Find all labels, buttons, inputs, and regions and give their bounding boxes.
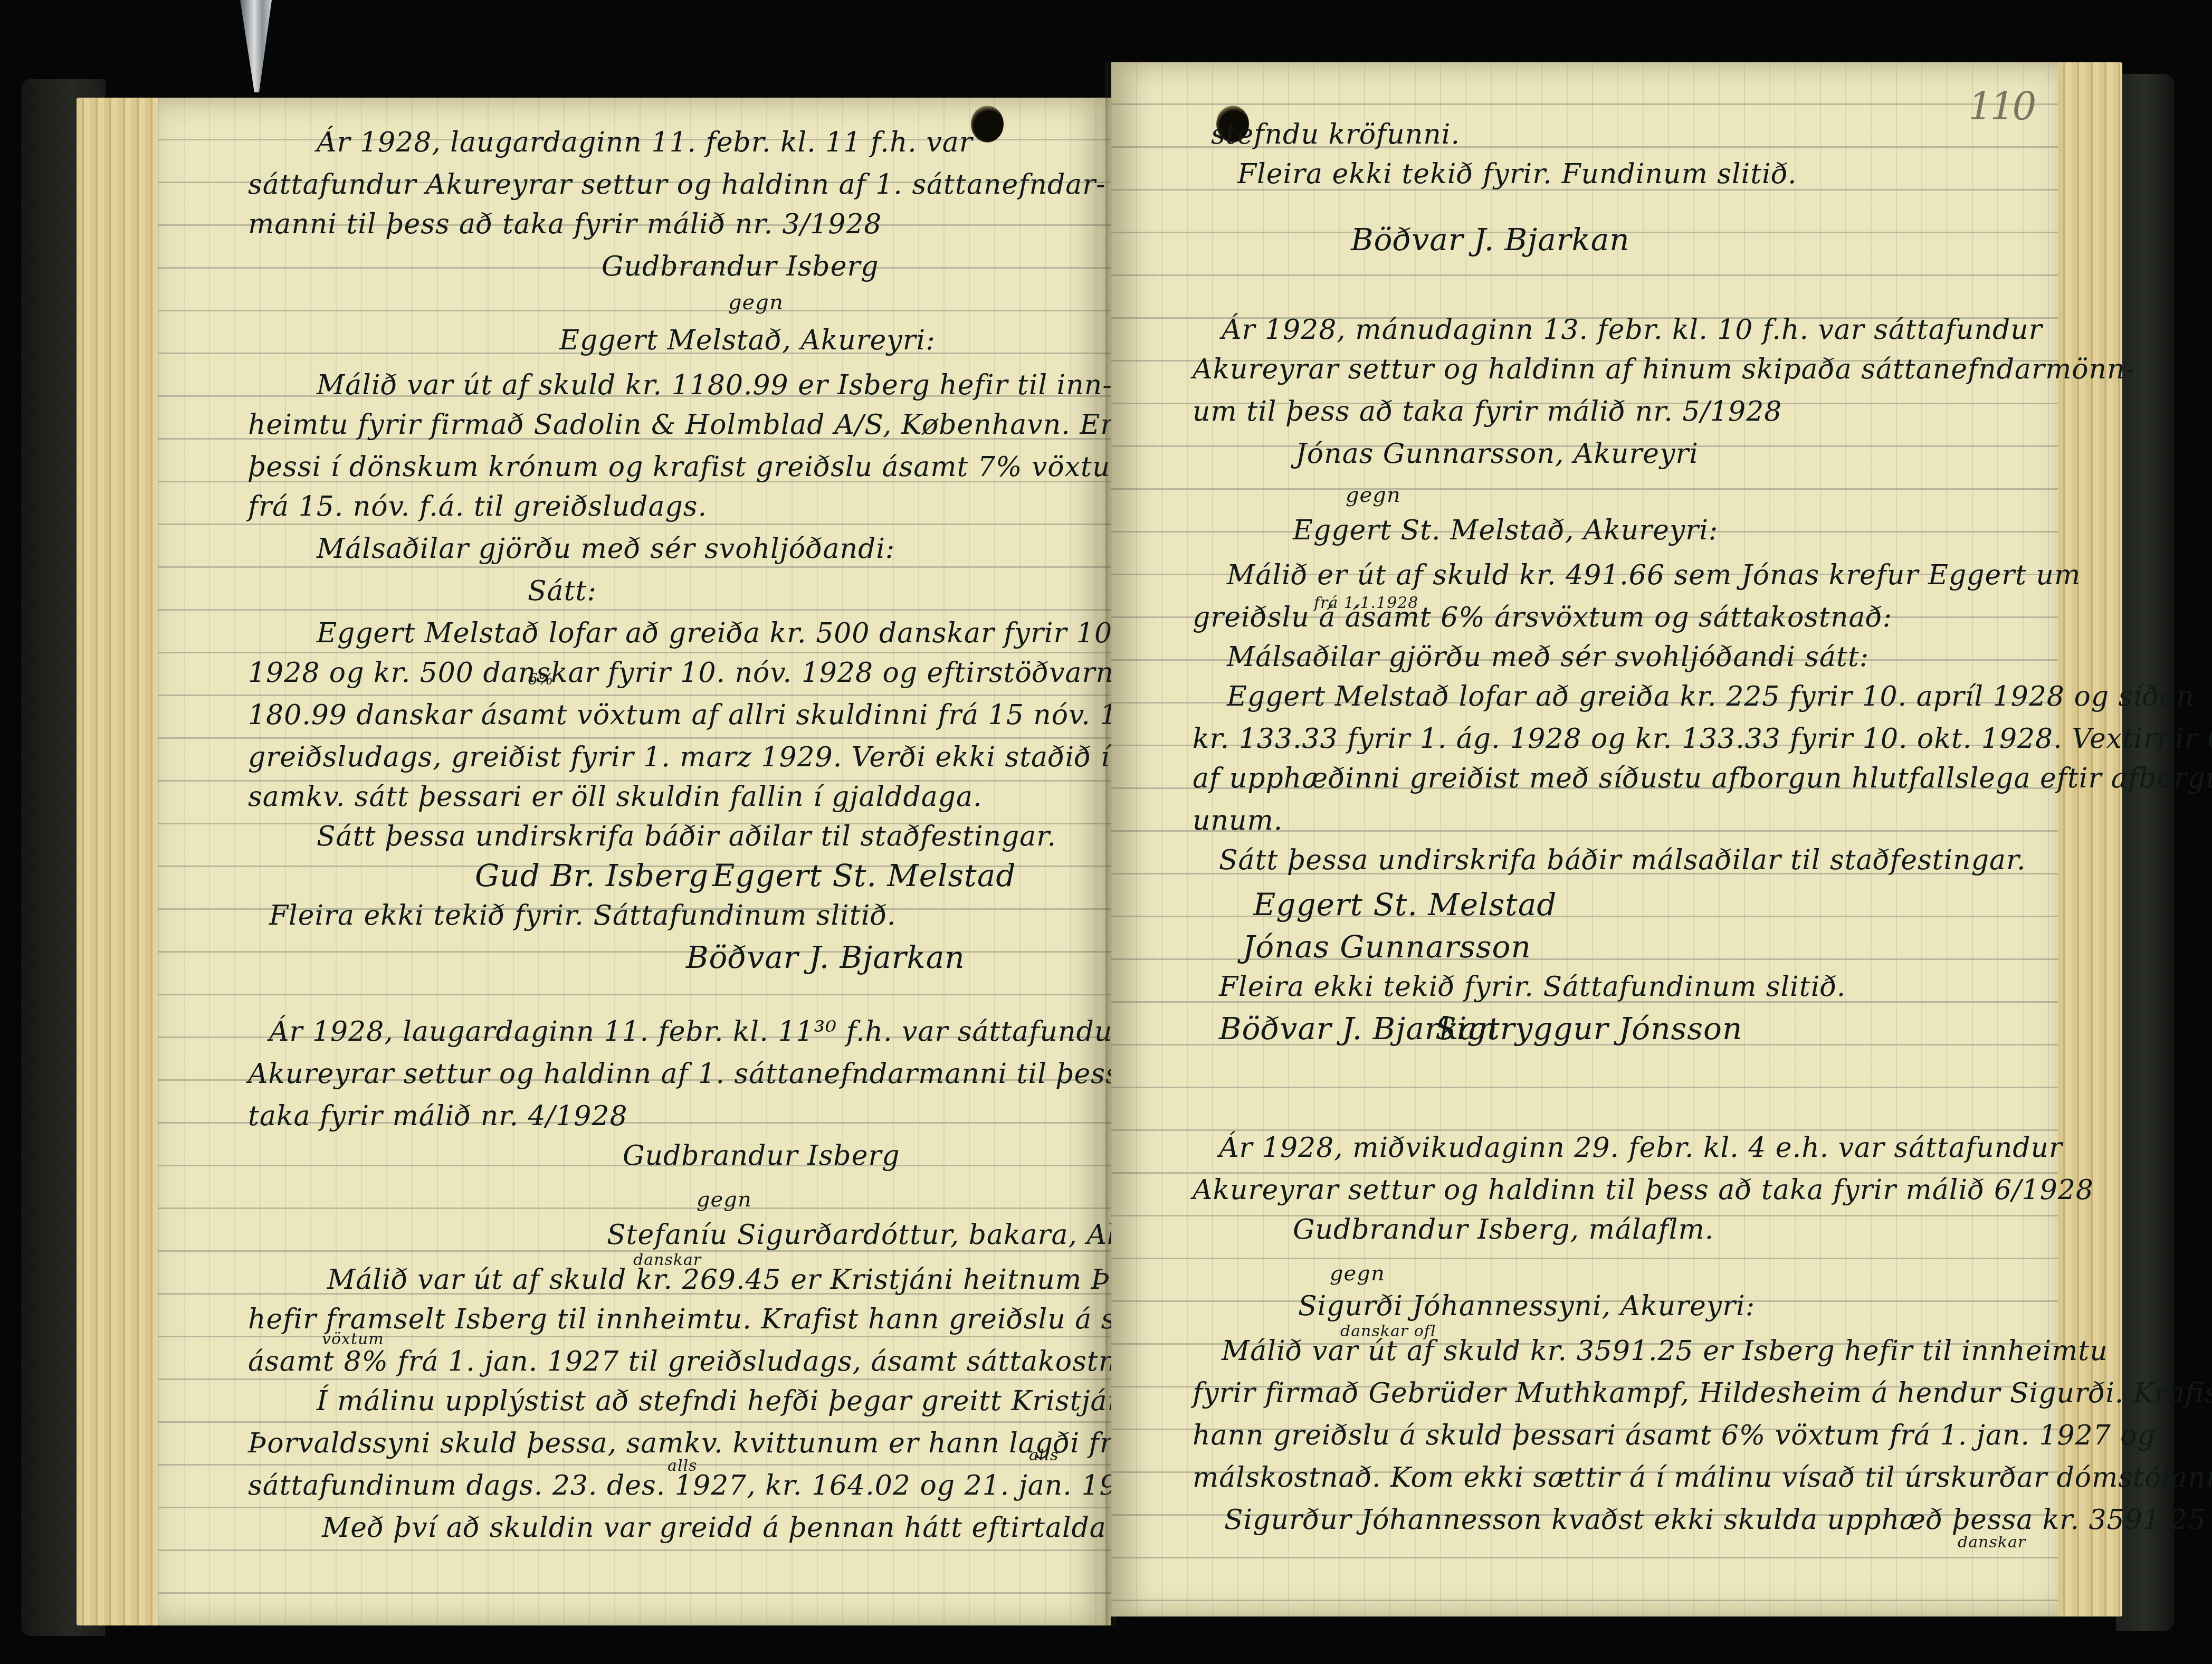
- chair-signature: Sigtryggur Jónsson: [1435, 1011, 1742, 1047]
- signature: Jónas Gunnarsson: [1243, 929, 1531, 965]
- section-heading: Sátt:: [528, 575, 597, 607]
- versus-label: gegn: [728, 290, 784, 315]
- entry-line: Eggert Melstað lofar að greiða kr. 225 f…: [1227, 681, 2195, 712]
- entry-line: 180.99 danskar ásamt vöxtum af allri sku…: [248, 699, 1221, 731]
- entry-line: samkv. sátt þessari er öll skuldin falli…: [248, 781, 983, 813]
- versus-label: gegn: [1346, 483, 1401, 507]
- entry-line: Akureyrar settur og haldinn af hinum ski…: [1193, 354, 2135, 385]
- entry-line: Málsaðilar gjörðu með sér svohljóðandi:: [317, 533, 895, 565]
- entry-line: 1928 og kr. 500 danskar fyrir 10. nóv. 1…: [248, 657, 1191, 689]
- entry-line: taka fyrir málið nr. 4/1928: [248, 1100, 627, 1132]
- signature: Gud Br. Isberg: [475, 858, 709, 893]
- party-name: Gudbrandur Isberg: [602, 251, 879, 282]
- closing-line: Fleira ekki tekið fyrir. Sáttafundinum s…: [1219, 971, 1846, 1003]
- chair-signature: Böðvar J. Bjarkan: [686, 939, 965, 975]
- page-block-edge-left: [77, 98, 158, 1625]
- entry-line: um til þess að taka fyrir málið nr. 5/19…: [1193, 396, 1782, 427]
- entry-line: greiðsludags, greiðist fyrir 1. marz 192…: [248, 741, 1214, 773]
- party-name: Gudbrandur Isberg, málaflm.: [1293, 1214, 1714, 1245]
- entry-line: Sigurður Jóhannesson kvaðst ekki skulda …: [1224, 1504, 2206, 1536]
- entry-line: Málið er út af skuld kr. 491.66 sem Jóna…: [1227, 559, 2081, 591]
- closing-line: Fleira ekki tekið fyrir. Fundinum slitið…: [1237, 158, 1797, 190]
- versus-label: gegn: [697, 1187, 752, 1212]
- entry-line: Akureyrar settur og haldinn til þess að …: [1193, 1174, 2094, 1206]
- entry-line: fyrir firmað Gebrüder Muthkampf, Hildesh…: [1193, 1377, 2212, 1409]
- entry-line: af upphæðinni greiðist með síðustu afbor…: [1193, 763, 2212, 794]
- party-name: Gudbrandur Isberg: [623, 1140, 900, 1172]
- entry-line: stefndu kröfunni.: [1211, 119, 1460, 150]
- party-name: Jónas Gunnarsson, Akureyri: [1295, 438, 1699, 470]
- entry-line: málskostnað. Kom ekki sættir á í málinu …: [1193, 1462, 2212, 1494]
- entry-line: Málið var út af skuld kr. 1180.99 er Isb…: [317, 369, 1112, 401]
- entry-line: þessi í dönskum krónum og krafist greiðs…: [248, 451, 1137, 483]
- entry-line: Ár 1928, laugardaginn 11. febr. kl. 11 f…: [317, 127, 973, 158]
- interlinear-note: danskar: [1958, 1533, 2026, 1552]
- entry-line: Sátt þessa undirskrifa báðir aðilar til …: [317, 821, 1056, 852]
- entry-line: Akureyrar settur og haldinn af 1. sáttan…: [248, 1058, 1164, 1090]
- letter-opener-icon: [240, 0, 272, 92]
- entry-line: Eggert Melstað lofar að greiða kr. 500 d…: [317, 617, 1177, 649]
- chair-signature: Böðvar J. Bjarkan: [1351, 222, 1630, 258]
- page-number: 110: [1968, 84, 2034, 129]
- versus-label: gegn: [1330, 1261, 1385, 1286]
- entry-line: Með því að skuldin var greidd á þennan h…: [322, 1512, 1107, 1544]
- entry-line: Í málinu upplýstist að stefndi hefði þeg…: [317, 1385, 1135, 1417]
- interlinear-note: alls: [1029, 1446, 1059, 1465]
- entry-line: frá 15. nóv. f.á. til greiðsludags.: [248, 491, 707, 522]
- entry-line: unum.: [1193, 805, 1283, 836]
- entry-line: Málið var út af skuld kr. 3591.25 er Isb…: [1222, 1335, 2108, 1367]
- entry-line: sáttafundur Akureyrar settur og haldinn …: [248, 169, 1106, 201]
- entry-line: Ár 1928, miðvikudaginn 29. febr. kl. 4 e…: [1219, 1132, 2063, 1164]
- signature: Eggert St. Melstad: [712, 858, 1016, 893]
- interlinear-note: 6%: [528, 670, 554, 689]
- entry-line: greiðslu á ásamt 6% ársvöxtum og sáttako…: [1193, 602, 1892, 633]
- entry-line: hann greiðslu á skuld þessari ásamt 6% v…: [1193, 1420, 2156, 1451]
- punch-hole-icon: [971, 106, 1004, 142]
- entry-line: manni til þess að taka fyrir málið nr. 3…: [248, 208, 882, 240]
- entry-line: Ár 1928, laugardaginn 11. febr. kl. 11³⁰…: [269, 1016, 1126, 1048]
- entry-line: Málsaðilar gjörðu með sér svohljóðandi s…: [1227, 641, 1869, 673]
- entry-line: Ár 1928, mánudaginn 13. febr. kl. 10 f.h…: [1222, 314, 2043, 346]
- entry-line: ásamt 8% frá 1. jan. 1927 til greiðsluda…: [248, 1346, 1159, 1377]
- party-name: Eggert St. Melstað, Akureyri:: [1293, 515, 1718, 546]
- entry-line: Sátt þessa undirskrifa báðir málsaðilar …: [1219, 844, 2026, 876]
- signature: Eggert St. Melstad: [1253, 887, 1557, 923]
- closing-line: Fleira ekki tekið fyrir. Sáttafundinum s…: [269, 900, 896, 931]
- party-name: Eggert Melstað, Akureyri:: [559, 325, 936, 356]
- party-name: Sigurði Jóhannessyni, Akureyri:: [1298, 1290, 1755, 1322]
- entry-line: heimtu fyrir firmað Sadolin & Holmblad A…: [248, 409, 1200, 441]
- entry-line: kr. 133.33 fyrir 1. ág. 1928 og kr. 133.…: [1193, 723, 2212, 755]
